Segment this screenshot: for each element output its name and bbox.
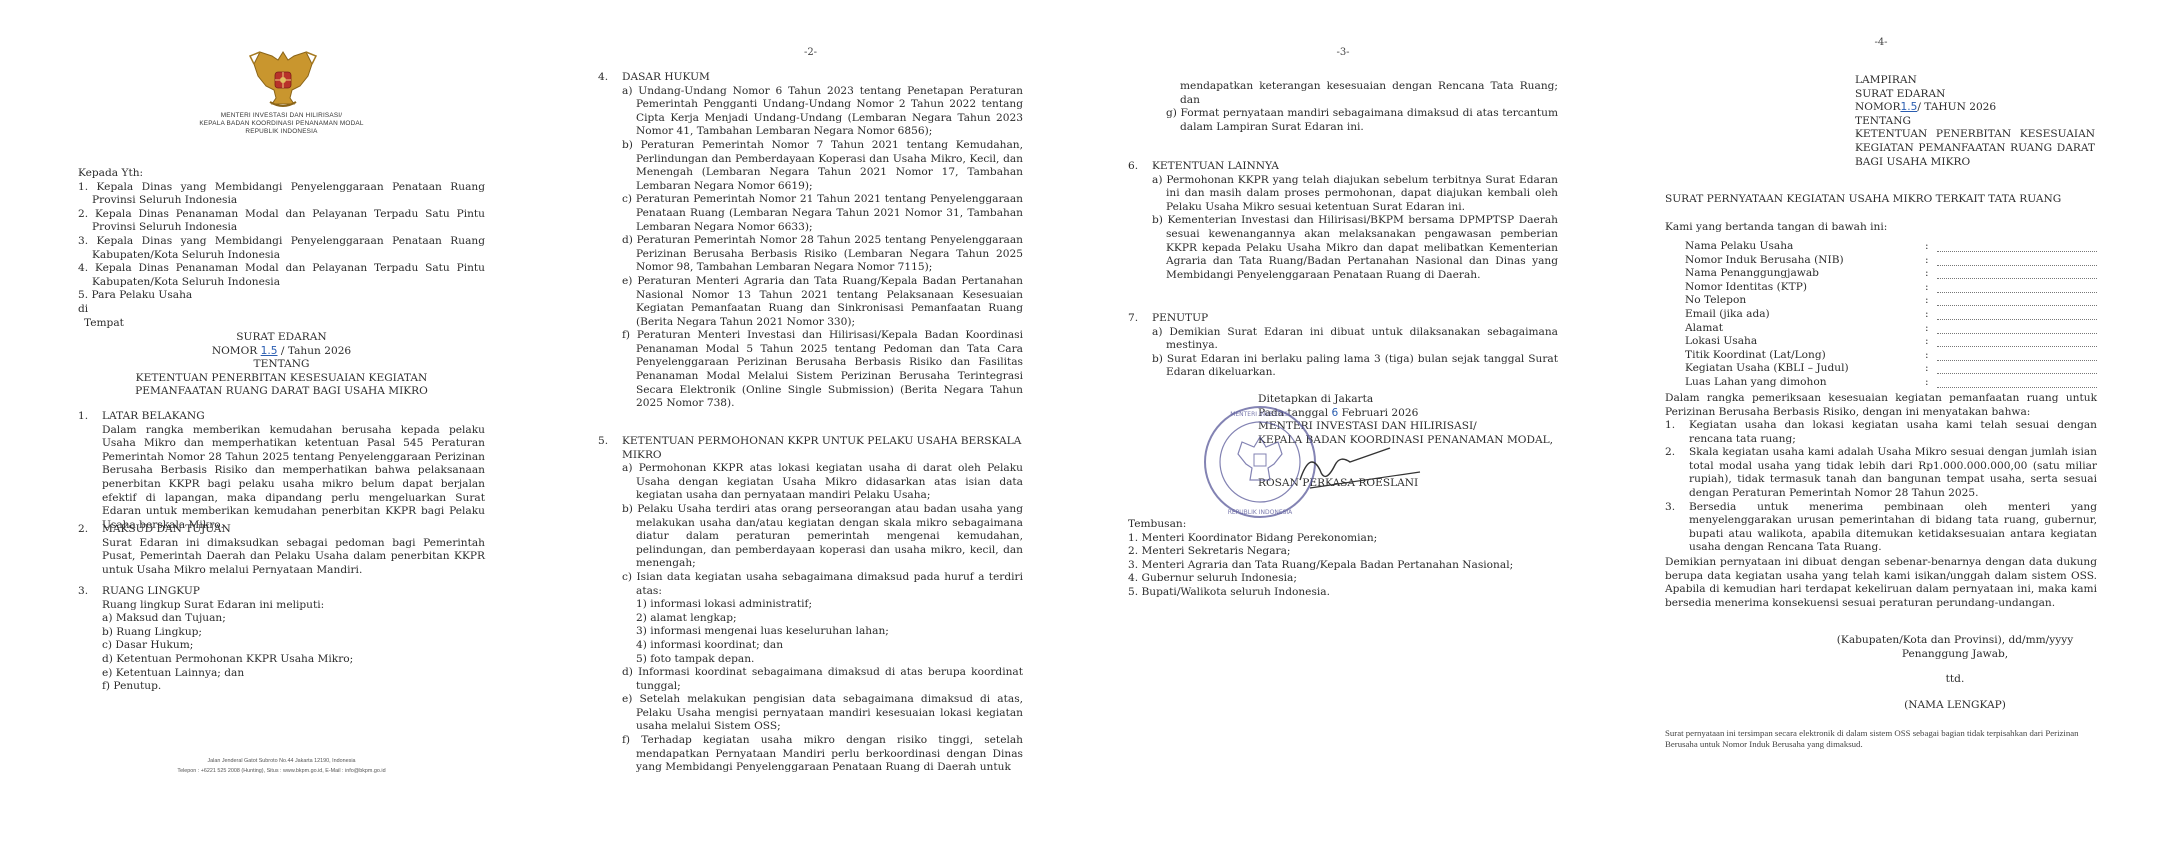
- nomor-suffix: / TAHUN 2026: [1917, 101, 1996, 113]
- section-5: 5. KETENTUAN PERMOHONAN KKPR UNTUK PELAK…: [598, 435, 1023, 775]
- footer-contact: Telepon : +6221 525 2008 (Hunting), Situ…: [78, 766, 485, 776]
- form-field-colon: :: [1925, 335, 1937, 349]
- form-field-blank[interactable]: [1937, 310, 2097, 320]
- attachment-line: LAMPIRAN: [1855, 74, 2095, 88]
- page-number: -2-: [598, 46, 1023, 60]
- signature-scribble-icon: [1290, 440, 1430, 500]
- form-field-label: Kegiatan Usaha (KBLI – Judul): [1665, 362, 1925, 376]
- closing-item: a) Demikian Surat Edaran ini dibuat untu…: [1152, 326, 1558, 353]
- form-field-colon: :: [1925, 308, 1937, 322]
- statement-number: 1.: [1665, 419, 1689, 446]
- letterhead: MENTERI INVESTASI DAN HILIRISASI/ KEPALA…: [78, 112, 485, 136]
- cc-item: 3. Menteri Agraria dan Tata Ruang/Kepala…: [1128, 559, 1558, 573]
- attachment-number: NOMOR1.5/ TAHUN 2026: [1855, 101, 2095, 115]
- addressee-di: di: [78, 303, 485, 317]
- sign-role: Penanggung Jawab,: [1815, 648, 2095, 662]
- form-field-label: Nomor Induk Berusaha (NIB): [1665, 254, 1925, 268]
- nomor-prefix: NOMOR: [1855, 101, 1900, 113]
- section-2: 2. MAKSUD DAN TUJUAN Surat Edaran ini di…: [78, 523, 485, 577]
- section-heading: KETENTUAN LAINNYA: [1152, 160, 1558, 174]
- form-field-colon: :: [1925, 267, 1937, 281]
- cc-label: Tembusan:: [1128, 518, 1558, 532]
- form-field-blank[interactable]: [1937, 351, 2097, 361]
- statement-text: Kegiatan usaha dan lokasi kegiatan usaha…: [1689, 419, 2097, 446]
- section-number: 2.: [78, 523, 102, 577]
- sign-name: (NAMA LENGKAP): [1815, 699, 2095, 713]
- scope-item: d) Ketentuan Permohonan KKPR Usaha Mikro…: [102, 653, 485, 667]
- letterhead-line: KEPALA BADAN KOORDINASI PENANAMAN MODAL: [78, 120, 485, 128]
- form-signature: (Kabupaten/Kota dan Provinsi), dd/mm/yyy…: [1815, 634, 2095, 712]
- addressee-block: Kepada Yth: 1. Kepala Dinas yang Membida…: [78, 167, 485, 330]
- section-heading: KETENTUAN PERMOHONAN KKPR UNTUK PELAKU U…: [622, 435, 1023, 462]
- form-field-colon: :: [1925, 362, 1937, 376]
- document-title: SURAT EDARAN NOMOR 1.5 / Tahun 2026 TENT…: [78, 331, 485, 399]
- cc-item: 4. Gubernur seluruh Indonesia;: [1128, 572, 1558, 586]
- section-text: Ruang lingkup Surat Edaran ini meliputi:: [102, 599, 485, 613]
- section-number: 1.: [78, 410, 102, 532]
- section-7: 7. PENUTUP a) Demikian Surat Edaran ini …: [1128, 312, 1558, 380]
- form-field-label: Email (jika ada): [1665, 308, 1925, 322]
- closing-item: b) Surat Edaran ini berlaku paling lama …: [1152, 353, 1558, 380]
- svg-text:REPUBLIK INDONESIA: REPUBLIK INDONESIA: [1228, 509, 1293, 516]
- addressee-item: 4. Kepala Dinas Penanaman Modal dan Pela…: [78, 262, 485, 289]
- title-line: SURAT EDARAN: [78, 331, 485, 345]
- addressee-item: 1. Kepala Dinas yang Membidangi Penyelen…: [78, 181, 485, 208]
- legal-basis-item: c) Peraturan Pemerintah Nomor 21 Tahun 2…: [622, 193, 1023, 234]
- form-field-blank[interactable]: [1937, 269, 2097, 279]
- page-number: -4-: [1665, 36, 2097, 50]
- addressee-item: 2. Kepala Dinas Penanaman Modal dan Pela…: [78, 208, 485, 235]
- section-number: 3.: [78, 585, 102, 694]
- scope-item: f) Penutup.: [102, 680, 485, 694]
- form-field-row: Nomor Induk Berusaha (NIB):: [1665, 254, 2097, 268]
- addressee-item: 5. Para Pelaku Usaha: [78, 289, 485, 303]
- addressee-place: Tempat: [78, 317, 485, 331]
- section-heading: DASAR HUKUM: [622, 71, 1023, 85]
- date-suffix: Februari 2026: [1338, 407, 1418, 419]
- form-note: Surat pernyataan ini tersimpan secara el…: [1665, 728, 2097, 750]
- form-field-blank[interactable]: [1937, 242, 2097, 252]
- addressee-item: 3. Kepala Dinas yang Membidangi Penyelen…: [78, 235, 485, 262]
- handwritten-number: 1.5: [1900, 101, 1917, 113]
- statement-text: Bersedia untuk menerima pembinaan oleh m…: [1689, 501, 2097, 555]
- other-provision-item: a) Permohonan KKPR yang telah diajukan s…: [1152, 174, 1558, 215]
- statement-item: 3.Bersedia untuk menerima pembinaan oleh…: [1665, 501, 2097, 555]
- form-field-blank[interactable]: [1937, 256, 2097, 266]
- form-field-row: Kegiatan Usaha (KBLI – Judul):: [1665, 362, 2097, 376]
- statement-closing: Demikian pernyataan ini dibuat dengan se…: [1665, 556, 2097, 610]
- statement-item: 1.Kegiatan usaha dan lokasi kegiatan usa…: [1665, 419, 2097, 446]
- provision-item: b) Pelaku Usaha terdiri atas orang perse…: [622, 503, 1023, 571]
- section-4: 4. DASAR HUKUM a) Undang-Undang Nomor 6 …: [598, 71, 1023, 411]
- section-number: 6.: [1128, 160, 1152, 282]
- form-field-blank[interactable]: [1937, 378, 2097, 388]
- form-title: SURAT PERNYATAAN KEGIATAN USAHA MIKRO TE…: [1665, 193, 2097, 207]
- title-subject: PEMANFAATAN RUANG DARAT BAGI USAHA MIKRO: [78, 385, 485, 399]
- form-intro: Kami yang bertanda tangan di bawah ini:: [1665, 221, 2097, 235]
- cc-block: Tembusan: 1. Menteri Koordinator Bidang …: [1128, 518, 1558, 600]
- title-number: NOMOR 1.5 / Tahun 2026: [78, 345, 485, 359]
- section-text: Surat Edaran ini dimaksudkan sebagai ped…: [102, 537, 485, 578]
- form-field-colon: :: [1925, 254, 1937, 268]
- provision-continuation: mendapatkan keterangan kesesuaian dengan…: [1166, 80, 1558, 107]
- provision-item: f) Terhadap kegiatan usaha mikro dengan …: [622, 734, 1023, 775]
- other-provision-item: b) Kementerian Investasi dan Hilirisasi/…: [1152, 214, 1558, 282]
- garuda-emblem-icon: [248, 46, 318, 112]
- form-field-blank[interactable]: [1937, 364, 2097, 374]
- provision-item: g) Format pernyataan mandiri sebagaimana…: [1166, 107, 1558, 134]
- attachment-line: SURAT EDARAN: [1855, 88, 2095, 102]
- page-number: -3-: [1128, 46, 1558, 60]
- form-field-row: Alamat:: [1665, 322, 2097, 336]
- page-3: -3- mendapatkan keterangan kesesuaian de…: [1128, 0, 1558, 857]
- statement-number: 2.: [1665, 446, 1689, 500]
- form-field-row: Email (jika ada):: [1665, 308, 2097, 322]
- section-heading: PENUTUP: [1152, 312, 1558, 326]
- sign-ttd: ttd.: [1815, 673, 2095, 687]
- letterhead-line: MENTERI INVESTASI DAN HILIRISASI/: [78, 112, 485, 120]
- scope-item: b) Ruang Lingkup;: [102, 626, 485, 640]
- statement-number: 3.: [1665, 501, 1689, 555]
- provision-item: e) Setelah melakukan pengisian data seba…: [622, 693, 1023, 734]
- form-field-colon: :: [1925, 240, 1937, 254]
- legal-basis-item: b) Peraturan Pemerintah Nomor 7 Tahun 20…: [622, 139, 1023, 193]
- footer-address: Jalan Jenderal Gatot Subroto No.44 Jakar…: [78, 756, 485, 766]
- nomor-suffix: / Tahun 2026: [278, 345, 352, 357]
- form-field-blank[interactable]: [1937, 283, 2097, 293]
- page-4: -4- LAMPIRAN SURAT EDARAN NOMOR1.5/ TAHU…: [1665, 0, 2097, 857]
- form-field-row: Lokasi Usaha:: [1665, 335, 2097, 349]
- section-1: 1. LATAR BELAKANG Dalam rangka memberika…: [78, 410, 485, 532]
- provision-item: d) Informasi koordinat sebagaimana dimak…: [622, 666, 1023, 693]
- legal-basis-item: a) Undang-Undang Nomor 6 Tahun 2023 tent…: [622, 85, 1023, 139]
- section-heading: RUANG LINGKUP: [102, 585, 485, 599]
- attachment-header: LAMPIRAN SURAT EDARAN NOMOR1.5/ TAHUN 20…: [1855, 74, 2095, 169]
- form-field-label: Titik Koordinat (Lat/Long): [1665, 349, 1925, 363]
- statement-item: 2.Skala kegiatan usaha kami adalah Usaha…: [1665, 446, 2097, 500]
- form-field-colon: :: [1925, 322, 1937, 336]
- form-field-row: Titik Koordinat (Lat/Long):: [1665, 349, 2097, 363]
- data-subitem: 4) informasi koordinat; dan: [636, 639, 1023, 653]
- form-field-blank[interactable]: [1937, 337, 2097, 347]
- legal-basis-item: d) Peraturan Pemerintah Nomor 28 Tahun 2…: [622, 234, 1023, 275]
- form-field-blank[interactable]: [1937, 296, 2097, 306]
- title-subject: KETENTUAN PENERBITAN KESESUAIAN KEGIATAN: [78, 372, 485, 386]
- section-6: 6. KETENTUAN LAINNYA a) Permohonan KKPR …: [1128, 160, 1558, 282]
- statement-text: Skala kegiatan usaha kami adalah Usaha M…: [1689, 446, 2097, 500]
- form-field-colon: :: [1925, 376, 1937, 390]
- form-field-colon: :: [1925, 349, 1937, 363]
- cc-item: 2. Menteri Sekretaris Negara;: [1128, 545, 1558, 559]
- legal-basis-item: f) Peraturan Menteri Investasi dan Hilir…: [622, 329, 1023, 411]
- handwritten-number: 1.5: [261, 345, 278, 357]
- section-number: 4.: [598, 71, 622, 411]
- title-line: TENTANG: [78, 358, 485, 372]
- section-number: 5.: [598, 435, 622, 775]
- attachment-subject: KETENTUAN PENERBITAN KESESUAIAN KEGIATAN…: [1855, 128, 2095, 169]
- statement-list: 1.Kegiatan usaha dan lokasi kegiatan usa…: [1665, 419, 2097, 555]
- cc-item: 5. Bupati/Walikota seluruh Indonesia.: [1128, 586, 1558, 600]
- form-field-label: No Telepon: [1665, 294, 1925, 308]
- scope-item: a) Maksud dan Tujuan;: [102, 612, 485, 626]
- provision-item: a) Permohonan KKPR atas lokasi kegiatan …: [622, 462, 1023, 503]
- page-footer: Jalan Jenderal Gatot Subroto No.44 Jakar…: [78, 756, 485, 776]
- provision-item: c) Isian data kegiatan usaha sebagaimana…: [622, 571, 1023, 598]
- form-field-row: Nomor Identitas (KTP):: [1665, 281, 2097, 295]
- section-5-continued: mendapatkan keterangan kesesuaian dengan…: [1128, 80, 1558, 134]
- form-field-label: Nama Penanggungjawab: [1665, 267, 1925, 281]
- cc-item: 1. Menteri Koordinator Bidang Perekonomi…: [1128, 532, 1558, 546]
- form-field-colon: :: [1925, 281, 1937, 295]
- scope-item: c) Dasar Hukum;: [102, 639, 485, 653]
- data-subitem: 1) informasi lokasi administratif;: [636, 598, 1023, 612]
- scope-item: e) Ketentuan Lainnya; dan: [102, 667, 485, 681]
- form-field-row: Nama Pelaku Usaha:: [1665, 240, 2097, 254]
- svg-text:MENTERI INVESTASI: MENTERI INVESTASI: [1230, 411, 1290, 418]
- letterhead-line: REPUBLIK INDONESIA: [78, 128, 485, 136]
- sign-place-date: (Kabupaten/Kota dan Provinsi), dd/mm/yyy…: [1815, 634, 2095, 648]
- form-field-blank[interactable]: [1937, 324, 2097, 334]
- addressee-label: Kepada Yth:: [78, 167, 485, 181]
- section-3: 3. RUANG LINGKUP Ruang lingkup Surat Eda…: [78, 585, 485, 694]
- data-subitem: 5) foto tampak depan.: [636, 653, 1023, 667]
- legal-basis-item: e) Peraturan Menteri Agraria dan Tata Ru…: [622, 275, 1023, 329]
- section-text: Dalam rangka memberikan kemudahan berusa…: [102, 424, 485, 533]
- section-heading: MAKSUD DAN TUJUAN: [102, 523, 485, 537]
- form-field-row: No Telepon:: [1665, 294, 2097, 308]
- data-subitem: 3) informasi mengenai luas keseluruhan l…: [636, 625, 1023, 639]
- form-field-colon: :: [1925, 294, 1937, 308]
- nomor-prefix: NOMOR: [212, 345, 261, 357]
- section-heading: LATAR BELAKANG: [102, 410, 485, 424]
- section-number: 7.: [1128, 312, 1152, 380]
- form-field-label: Nomor Identitas (KTP): [1665, 281, 1925, 295]
- form-field-label: Alamat: [1665, 322, 1925, 336]
- form-field-row: Nama Penanggungjawab:: [1665, 267, 2097, 281]
- page-2: -2- 4. DASAR HUKUM a) Undang-Undang Nomo…: [598, 0, 1023, 857]
- attachment-line: TENTANG: [1855, 115, 2095, 129]
- form-field-label: Luas Lahan yang dimohon: [1665, 376, 1925, 390]
- form-fields: Nama Pelaku Usaha:Nomor Induk Berusaha (…: [1665, 240, 2097, 390]
- form-field-label: Nama Pelaku Usaha: [1665, 240, 1925, 254]
- page-1: MENTERI INVESTASI DAN HILIRISASI/ KEPALA…: [78, 0, 485, 857]
- form-field-label: Lokasi Usaha: [1665, 335, 1925, 349]
- form-field-row: Luas Lahan yang dimohon:: [1665, 376, 2097, 390]
- data-subitem: 2) alamat lengkap;: [636, 612, 1023, 626]
- statement-intro: Dalam rangka pemeriksaan kesesuaian kegi…: [1665, 392, 2097, 419]
